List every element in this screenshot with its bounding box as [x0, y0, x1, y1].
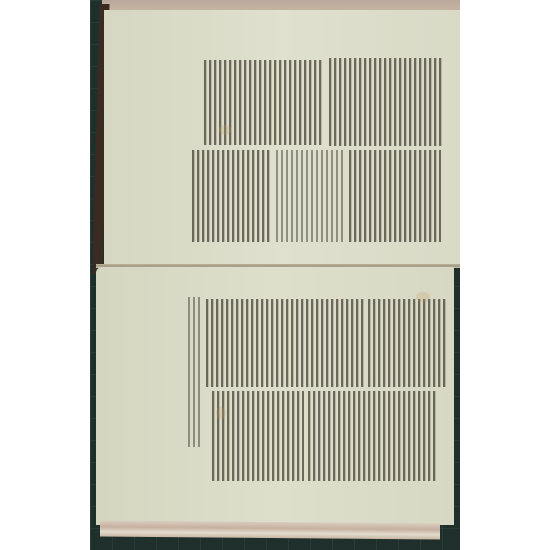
text-block-lower-a	[206, 299, 366, 387]
paper-stain	[416, 292, 430, 302]
page-edges-bottom	[100, 521, 440, 540]
book-photo	[90, 0, 460, 550]
paper-stain	[216, 407, 226, 419]
text-block-lower-d	[308, 391, 436, 481]
lower-page	[96, 267, 454, 525]
text-block-lower-b	[368, 299, 446, 387]
text-block-upper-d	[276, 150, 346, 242]
text-block-lower-c	[212, 391, 304, 481]
paper-stain	[219, 125, 231, 135]
text-block-upper-c	[192, 150, 272, 242]
text-block-upper-b	[329, 58, 444, 146]
footnote-column	[188, 297, 202, 447]
upper-page	[104, 10, 460, 265]
text-block-upper-e	[349, 150, 441, 242]
image-subject: Open antique printed book photographed r…	[0, 0, 1, 1]
